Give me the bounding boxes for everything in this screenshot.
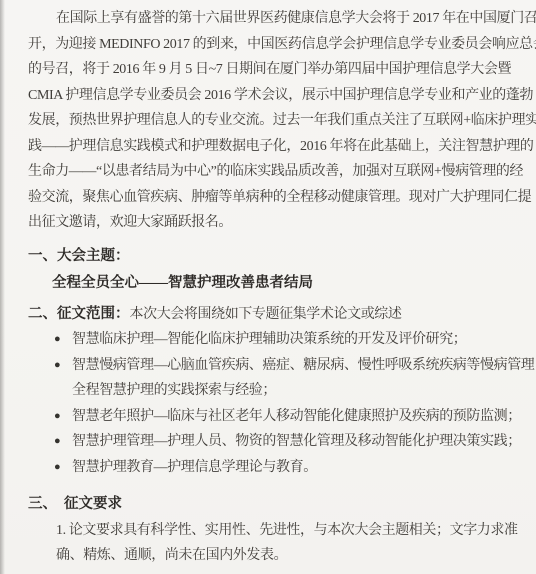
topic-item-clinical-nursing: ● 智慧临床护理—智能化临床护理辅助决策系统的开发及评价研究； xyxy=(28,327,512,353)
intro-paragraph: 在国际上享有盛誉的第十六届世界医药健康信息学大会将于 2017 年在中国厦门召 … xyxy=(28,6,512,236)
paragraph-line: 生命力——“以患者结局为中心”的临床实践品质改善，加强对互联网+慢病管理的经 xyxy=(28,159,512,185)
section-heading-theme: 一、大会主题： xyxy=(28,244,512,270)
conference-theme: 全程全员全心——智慧护理改善患者结局 xyxy=(28,271,512,297)
topic-item-nursing-management: ● 智慧护理管理—护理人员、物资的智慧化管理及移动智能化护理决策实践； xyxy=(28,429,512,455)
topic-item-elderly-care: ● 智慧老年照护—临床与社区老年人移动智能化健康照护及疾病的预防监测； xyxy=(28,404,512,430)
paragraph-line: 出征文邀请，欢迎大家踊跃报名。 xyxy=(28,210,512,236)
paragraph-line: 开，为迎接 MEDINFO 2017 的到来，中国医药信息学会护理信息学专业委员… xyxy=(28,32,512,58)
section-subtitle: 本次大会将围绕如下专题征集学术论文或综述 xyxy=(130,307,402,322)
section-number: 二、 xyxy=(28,306,57,322)
paragraph-line: CMIA 护理信息学专业委员会 2016 学术会议，展示中国护理信息学专业和产业… xyxy=(28,83,512,109)
requirement-line: 确、精炼、通顺，尚未在国内外发表。 xyxy=(56,543,512,569)
paragraph-line: 发展，预热世界护理信息人的专业交流。过去一年我们重点关注了互联网+临床护理实 xyxy=(28,108,512,134)
topic-item-chronic-disease: ● 智慧慢病管理—心脑血管疾病、癌症、糖尿病、慢性呼吸系统疾病等慢病管理 全程智… xyxy=(28,353,512,404)
scanned-document-page: 在国际上享有盛誉的第十六届世界医药健康信息学大会将于 2017 年在中国厦门召 … xyxy=(0,0,536,574)
section-heading-requirements: 三、征文要求 xyxy=(28,492,512,518)
requirement-item: 1. 论文要求具有科学性、实用性、先进性，与本次大会主题相关；文字力求准 确、精… xyxy=(28,518,512,569)
bullet-icon: ● xyxy=(54,353,61,379)
bullet-icon: ● xyxy=(54,455,61,481)
bullet-icon: ● xyxy=(54,404,61,430)
paragraph-line: 验交流，聚焦心血管疾病、肿瘤等单病种的全程移动健康管理。现对广大护理同仁提 xyxy=(28,185,512,211)
bullet-icon: ● xyxy=(54,327,61,353)
topic-text: 智慧老年照护—临床与社区老年人移动智能化健康照护及疾病的预防监测； xyxy=(72,404,512,430)
paragraph-line: 在国际上享有盛誉的第十六届世界医药健康信息学大会将于 2017 年在中国厦门召 xyxy=(28,6,512,32)
topic-text: 智慧护理教育—护理信息学理论与教育。 xyxy=(72,455,512,481)
bullet-icon: ● xyxy=(54,429,61,455)
section-title: 征文要求 xyxy=(64,496,122,512)
section-title: 征文范围： xyxy=(57,306,130,322)
topic-item-nursing-education: ● 智慧护理教育—护理信息学理论与教育。 xyxy=(28,455,512,481)
section-heading-scope: 二、征文范围：本次大会将围绕如下专题征集学术论文或综述 xyxy=(28,302,512,328)
topic-text: 智慧临床护理—智能化临床护理辅助决策系统的开发及评价研究； xyxy=(72,327,512,353)
requirement-line: 1. 论文要求具有科学性、实用性、先进性，与本次大会主题相关；文字力求准 xyxy=(56,518,512,544)
paragraph-line: 的号召，将于 2016 年 9 月 5 日~7 日期间在厦门举办第四届中国护理信… xyxy=(28,57,512,83)
topic-text: 智慧慢病管理—心脑血管疾病、癌症、糖尿病、慢性呼吸系统疾病等慢病管理 xyxy=(72,353,512,379)
section-number: 三、 xyxy=(28,496,57,512)
section-title: 大会主题： xyxy=(57,248,130,264)
section-number: 一、 xyxy=(28,248,57,264)
topic-list: ● 智慧临床护理—智能化临床护理辅助决策系统的开发及评价研究； ● 智慧慢病管理… xyxy=(28,327,512,480)
paragraph-line: 践——护理信息实践模式和护理数据电子化，2016 年将在此基础上，关注智慧护理的 xyxy=(28,134,512,160)
topic-text: 全程智慧护理的实践探索与经验； xyxy=(72,378,512,404)
topic-text: 智慧护理管理—护理人员、物资的智慧化管理及移动智能化护理决策实践； xyxy=(72,429,512,455)
